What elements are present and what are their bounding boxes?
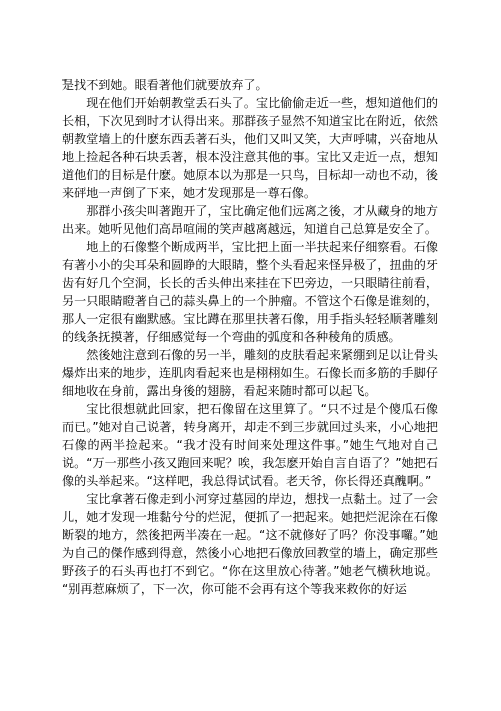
paragraph: 现在他们开始朝教堂丢石头了。宝比偷偷走近一些，想知道他们的长相，下次见到时才认得…: [62, 94, 438, 202]
paragraph: 那群小孩尖叫著跑开了，宝比确定他们远离之後，才从藏身的地方出来。她听见他们高昂喧…: [62, 202, 438, 238]
document-page: 是找不到她。眼看著他们就要放弃了。现在他们开始朝教堂丢石头了。宝比偷偷走近一些，…: [0, 0, 501, 711]
body-text-block: 是找不到她。眼看著他们就要放弃了。现在他们开始朝教堂丢石头了。宝比偷偷走近一些，…: [62, 76, 438, 598]
paragraph: 宝比拿著石像走到小河穿过墓园的岸边，想找一点黏土。过了一会儿，她才发现一堆黏兮兮…: [62, 490, 438, 598]
paragraph: 然後她注意到石像的另一半，雕刻的皮肤看起来紧绷到足以让骨头爆炸出来的地步，连肌肉…: [62, 346, 438, 400]
paragraph: 是找不到她。眼看著他们就要放弃了。: [62, 76, 438, 94]
paragraph: 宝比很想就此回家，把石像留在这里算了。“只不过是个傻瓜石像而已。”她对自己说著，…: [62, 400, 438, 490]
paragraph: 地上的石像整个断成两半，宝比把上面一半扶起来仔细察看。石像有著小小的尖耳朵和圆睁…: [62, 238, 438, 346]
